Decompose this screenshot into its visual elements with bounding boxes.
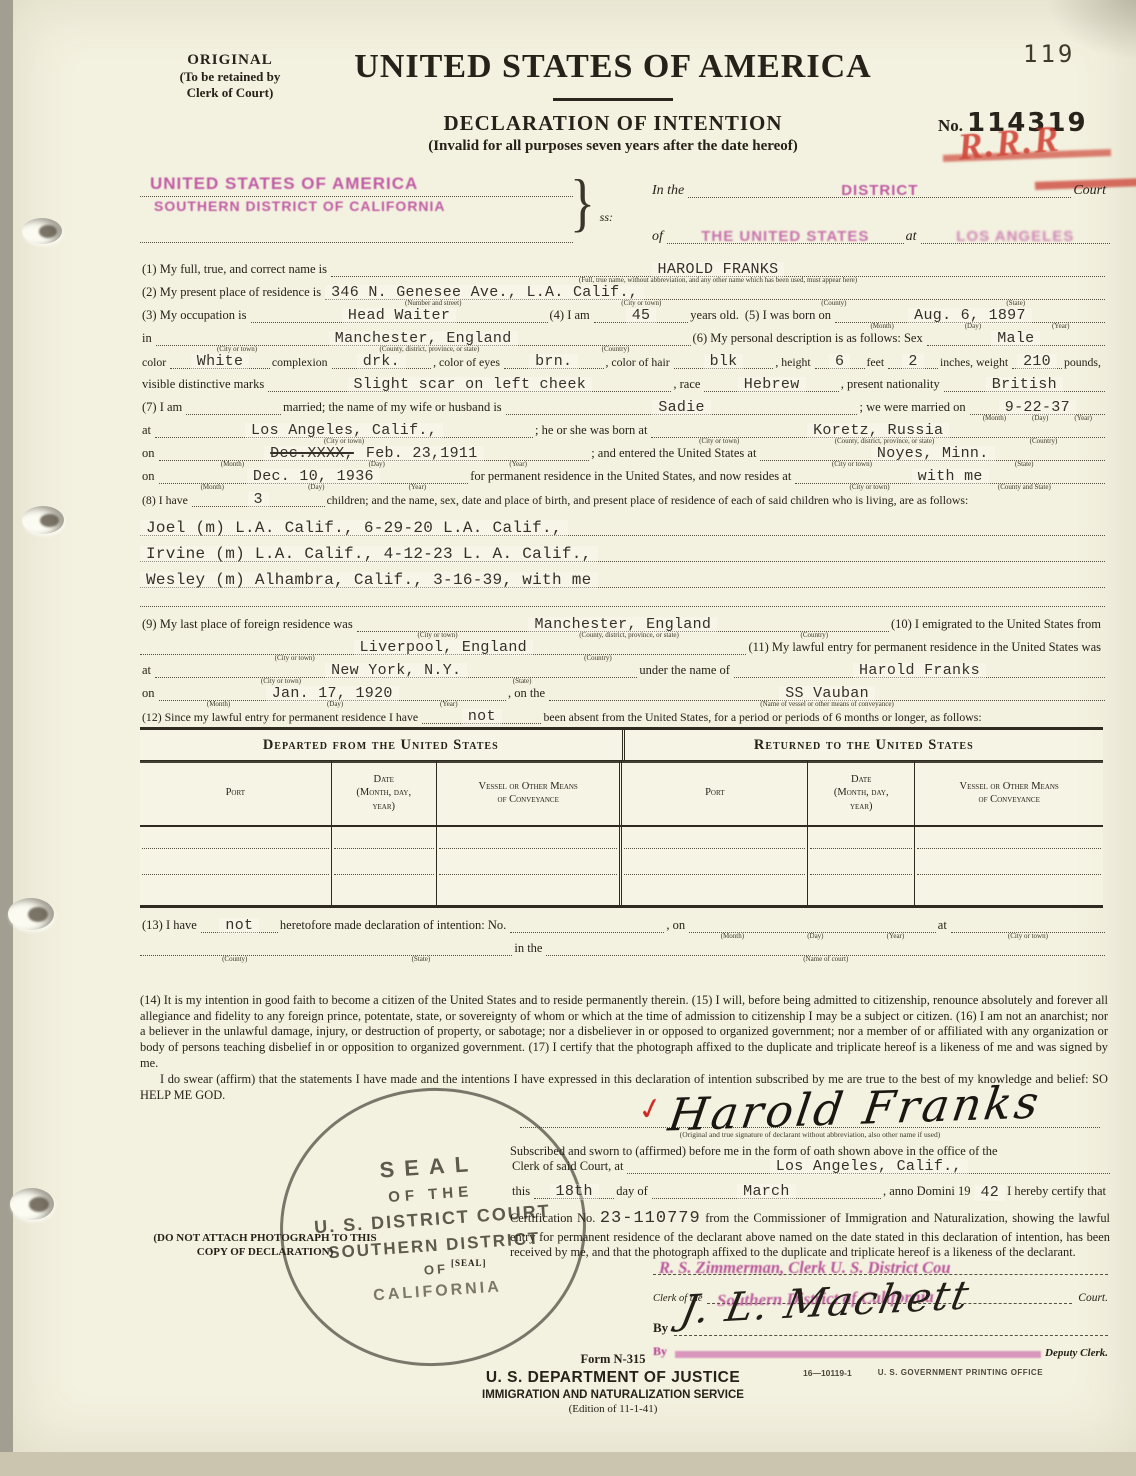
field-11-label: (11) My lawful entry for permanent resid…	[746, 641, 1105, 655]
field-race-value: Hebrew	[738, 377, 806, 393]
court-at-field: LOS ANGELES	[921, 228, 1110, 244]
field-7-entrydate-row: on Dec. 10, 1936 (Month) (Day) (Year) fo…	[140, 469, 1105, 484]
caption-year: (Year)	[887, 933, 905, 940]
field-2-row: (2) My present place of residence is 346…	[140, 285, 1105, 300]
caption-month: (Month)	[721, 933, 744, 940]
caption-day: (Day)	[327, 701, 343, 708]
nationality-label: , present nationality	[839, 378, 944, 392]
form-header: UNITED STATES OF AMERICA DECLARATION OF …	[313, 48, 913, 155]
field-entry-name: Harold Franks	[734, 663, 1105, 678]
caption-day: (Day)	[1032, 415, 1048, 422]
child-3-value: Wesley (m) Alhambra, Calif., 3-16-39, wi…	[140, 572, 598, 589]
caption-year: (Year)	[1052, 323, 1070, 330]
child-1-field: Joel (m) L.A. Calif., 6-29-20 L.A. Calif…	[140, 520, 1105, 536]
caption-county: (County)	[821, 300, 846, 307]
field-occupation-value: Head Waiter	[342, 308, 456, 324]
field-birthdate: Aug. 6, 1897 (Month) (Day) (Year)	[835, 308, 1105, 323]
field-12b-label: been absent from the United States, for …	[541, 711, 985, 724]
field-3-4-5-row: (3) My occupation is Head Waiter (4) I a…	[140, 308, 1105, 323]
blank-rule	[140, 606, 1105, 607]
field-13-city-blank: (City or town)	[951, 932, 1105, 933]
height-label: , height	[773, 356, 814, 369]
caption-country: (Country)	[584, 655, 612, 662]
table-cell	[619, 853, 807, 879]
field-name: HAROLD FRANKS (Full, true name, without …	[331, 262, 1105, 277]
blank-rule-row	[140, 593, 1105, 607]
field-weight: 210	[1012, 354, 1062, 369]
caption-city-town: (City or town)	[832, 461, 872, 468]
field-12-row: (12) Since my lawful entry for permanent…	[140, 709, 1105, 724]
field-8b-label: children; and the name, sex, date and pl…	[325, 494, 973, 507]
field-marks: Slight scar on left cheek	[268, 377, 671, 392]
on-label-3: on	[140, 687, 159, 701]
field-entry-date: Jan. 17, 1920 (Month) (Day) (Year)	[159, 686, 506, 701]
venue-rule-2	[140, 242, 573, 243]
field-6-label: (6) My personal description is as follow…	[691, 332, 927, 346]
child-row-1: Joel (m) L.A. Calif., 6-29-20 L.A. Calif…	[140, 515, 1105, 536]
table-cell	[331, 827, 436, 853]
punch-hole	[10, 1188, 54, 1220]
caption-county: (County)	[222, 956, 247, 963]
col-port-departed: Port	[140, 761, 331, 825]
col-port-returned: Port	[619, 761, 807, 825]
title-divider	[553, 98, 673, 101]
field-8-row: (8) I have 3 children; and the name, sex…	[140, 492, 1105, 507]
caption-year: (Year)	[1074, 415, 1092, 422]
field-eyes-value: brn.	[529, 354, 578, 370]
anno-domini-label: , anno Domini 19	[881, 1185, 975, 1199]
venue-stamps: UNITED STATES OF AMERICA SOUTHERN DISTRI…	[140, 176, 595, 248]
original-label: ORIGINAL	[140, 52, 320, 69]
field-sex: Male	[927, 331, 1105, 346]
caption-county-district: (County, district, province, or state)	[380, 346, 480, 353]
field-eyes: brn.	[504, 354, 604, 369]
caption-state: (State)	[513, 678, 532, 685]
race-label: , race	[671, 378, 704, 392]
field-8-label: (8) I have	[140, 494, 192, 507]
field-marks-row: visible distinctive marks Slight scar on…	[140, 377, 1105, 392]
field-1-row: (1) My full, true, and correct name is H…	[140, 262, 1105, 277]
field-13-not-value: not	[219, 918, 259, 934]
field-7-place-row: at Los Angeles, Calif., (City or town) ;…	[140, 423, 1105, 438]
field-nationality-value: British	[986, 377, 1063, 393]
stamp-los-angeles: LOS ANGELES	[956, 228, 1074, 245]
child-1-value: Joel (m) L.A. Calif., 6-29-20 L.A. Calif…	[140, 520, 568, 537]
field-13-block: (13) I have not heretofore made declarat…	[140, 918, 1105, 964]
field-9-label: (9) My last place of foreign residence w…	[140, 618, 357, 632]
red-check-icon: ✓	[635, 1090, 667, 1129]
field-marriage-date: 9-22-37 (Month) (Day) (Year)	[970, 400, 1105, 415]
field-7b-label: married; the name of my wife or husband …	[281, 401, 506, 415]
stamp-district: DISTRICT	[841, 182, 918, 199]
field-color-value: White	[191, 354, 250, 370]
paragraph-14-17: (14) It is my intention in good faith to…	[140, 993, 1108, 1071]
field-residence: 346 N. Genesee Ave., L.A. Calif., (Numbe…	[325, 285, 1105, 300]
table-body	[140, 825, 1103, 905]
table-cell	[619, 879, 807, 905]
venue-court-lines: In the DISTRICT Court of THE UNITED STAT…	[595, 176, 1110, 268]
brace-glyph: }	[570, 172, 595, 237]
venue-section: UNITED STATES OF AMERICA SOUTHERN DISTRI…	[140, 176, 1110, 268]
punch-hole	[22, 218, 62, 244]
original-note-1: (To be retained by	[140, 69, 320, 85]
certification-number: 23-110779	[600, 1209, 701, 1228]
table-cell	[436, 853, 620, 879]
sworn-date-row: this 18th day of March , anno Domini 19 …	[510, 1184, 1110, 1199]
field-age-value: 45	[626, 308, 657, 324]
footer-print-block: 16—10119-1 U. S. GOVERNMENT PRINTING OFF…	[803, 1368, 1043, 1378]
field-emigrated-from-value: Liverpool, England	[354, 640, 533, 656]
caption-city-town: (City or town)	[275, 655, 315, 662]
document-page: ORIGINAL (To be retained by Clerk of Cou…	[13, 0, 1136, 1452]
field-13b-label: heretofore made declaration of intention…	[278, 919, 510, 933]
field-13-not: not	[201, 918, 278, 933]
signature-line: ✓ Harold Franks	[520, 1083, 1100, 1128]
no-photo-line-1: (DO NOT ATTACH PHOTOGRAPH TO THIS	[140, 1232, 390, 1246]
caption-day: (Day)	[965, 323, 981, 330]
stamp-southern-district: SOUTHERN DISTRICT OF CALIFORNIA	[154, 198, 446, 214]
caption-city-town: (City or town)	[418, 632, 458, 639]
field-13-label: (13) I have	[140, 919, 201, 933]
sworn-month-field: March	[652, 1184, 881, 1199]
field-birthplace-row: in Manchester, England (City or town) (C…	[140, 331, 1105, 346]
field-13-number-blank	[510, 932, 664, 933]
field-spouse-entry-date: Dec. 10, 1936 (Month) (Day) (Year)	[159, 469, 469, 484]
court-of-field: THE UNITED STATES	[667, 228, 904, 244]
caption-county-district: (County, district, province, or state)	[579, 632, 679, 639]
gpo-label: U. S. GOVERNMENT PRINTING OFFICE	[878, 1368, 1043, 1378]
col-date-returned: Date(Month, day,year)	[807, 761, 914, 825]
field-weight-value: 210	[1017, 354, 1057, 370]
caption-vessel: (Name of vessel or other means of convey…	[760, 701, 894, 708]
table-cell	[914, 879, 1103, 905]
hair-label: , color of hair	[604, 356, 674, 369]
table-cell	[807, 827, 914, 853]
sworn-day-field: 18th	[534, 1184, 614, 1199]
field-10-label: (10) I emigrated to the United States fr…	[889, 618, 1105, 632]
field-marital-blank	[186, 414, 281, 415]
stamp-the-united-states: THE UNITED STATES	[701, 228, 869, 245]
field-entry-name-value: Harold Franks	[853, 663, 986, 679]
on-label-2: on	[140, 470, 159, 484]
field-struck-text: Dec.XXXX,	[264, 446, 360, 462]
scan-edge-left	[0, 0, 14, 1476]
seal-line-1: SEAL	[379, 1150, 479, 1183]
caption-full-name: (Full, true name, without abbreviation, …	[579, 277, 857, 284]
table-section-headers: Departed from the United States Returned…	[140, 730, 1103, 761]
clerk-at-label: Clerk of said Court, at	[510, 1160, 627, 1174]
field-sex-value: Male	[991, 331, 1040, 347]
field-7-row: (7) I am married; the name of my wife or…	[140, 400, 1105, 415]
table-cell	[914, 827, 1103, 853]
child-2-value: Irvine (m) L.A. Calif., 4-12-23 L. A. Ca…	[140, 546, 598, 563]
caption-name-court: (Name of court)	[803, 956, 848, 963]
field-13-county-blank: (County) (State)	[140, 955, 512, 956]
field-nationality: British	[944, 377, 1105, 392]
field-13-court-blank: (Name of court)	[546, 955, 1105, 956]
clerk-block: R. S. Zimmerman, Clerk U. S. District Co…	[653, 1252, 1108, 1359]
sworn-year-field: 42	[974, 1185, 1005, 1199]
color-label: color	[140, 356, 170, 369]
field-13d-label: at	[936, 919, 951, 933]
field-description-row: color White complexion drk. , color of e…	[140, 354, 1105, 369]
field-spouse: Sadie	[506, 400, 858, 415]
table-cell	[140, 879, 331, 905]
field-marks-value: Slight scar on left cheek	[348, 377, 593, 393]
departed-header: Departed from the United States	[140, 730, 622, 760]
this-label: this	[510, 1185, 534, 1199]
field-4b-label: years old.	[688, 309, 743, 323]
certify-label: I hereby certify that	[1005, 1185, 1110, 1199]
form-subtitle: DECLARATION OF INTENTION	[313, 111, 913, 136]
caption-state: (State)	[1006, 300, 1025, 307]
absence-table: Departed from the United States Returned…	[140, 727, 1103, 908]
seal-line-6: CALIFORNIA	[373, 1278, 503, 1305]
seal-line-5: OF	[423, 1261, 448, 1278]
caption-city-town: (City or town)	[261, 678, 301, 685]
caption-city-town: (City or town)	[699, 438, 739, 445]
day-of-label: day of	[614, 1185, 652, 1199]
red-initials-handwriting: R.R.R	[956, 118, 1062, 170]
field-4-label: (4) I am	[548, 309, 594, 323]
caption-day: (Day)	[369, 461, 385, 468]
field-3-label: (3) My occupation is	[140, 309, 251, 323]
child-2-field: Irvine (m) L.A. Calif., 4-12-23 L. A. Ca…	[140, 546, 1105, 562]
court-label: Court	[1071, 183, 1110, 198]
field-spouse-entry-port-value: Noyes, Minn.	[871, 446, 995, 462]
sworn-month-value: March	[737, 1184, 796, 1200]
sworn-place-row: Clerk of said Court, at Los Angeles, Cal…	[510, 1159, 1110, 1174]
original-block: ORIGINAL (To be retained by Clerk of Cou…	[140, 52, 320, 100]
original-note-2: Clerk of Court)	[140, 85, 320, 101]
child-row-3: Wesley (m) Alhambra, Calif., 3-16-39, wi…	[140, 567, 1105, 588]
caption-city-town: (City or town)	[621, 300, 661, 307]
table-cell	[807, 879, 914, 905]
col-date-departed: Date(Month, day,year)	[331, 761, 436, 825]
field-residence-value: 346 N. Genesee Ave., L.A. Calif.,	[325, 285, 644, 301]
field-absent: not	[422, 709, 541, 724]
field-marriage-place: Los Angeles, Calif., (City or town)	[155, 423, 533, 438]
field-spouse-birthdate: Dec.XXXX, Feb. 23,1911 (Month) (Day) (Ye…	[159, 446, 590, 461]
returned-header: Returned to the United States	[622, 730, 1104, 760]
inches-weight-label: inches, weight	[938, 356, 1012, 369]
caption-county-state: (County and State)	[998, 484, 1051, 491]
caption-country: (Country)	[801, 632, 829, 639]
table-cell	[331, 853, 436, 879]
stamp-united-states: UNITED STATES OF AMERICA	[150, 174, 418, 194]
punch-hole	[8, 898, 54, 930]
caption-year: (Year)	[440, 701, 458, 708]
field-2-label: (2) My present place of residence is	[140, 286, 325, 300]
field-race: Hebrew	[704, 377, 838, 392]
table-cell	[140, 827, 331, 853]
validity-note: (Invalid for all purposes seven years af…	[313, 138, 913, 155]
caption-month: (Month)	[201, 484, 224, 491]
field-foreign-residence: Manchester, England (City or town) (Coun…	[357, 617, 889, 632]
field-hair-value: blk	[704, 354, 744, 370]
child-3-field: Wesley (m) Alhambra, Calif., 3-16-39, wi…	[140, 572, 1105, 588]
field-inches-value: 2	[902, 354, 923, 370]
field-5-label: (5) I was born on	[743, 309, 835, 323]
field-spouse-birthplace: Koretz, Russia (City or town) (County, d…	[651, 423, 1105, 438]
field-entry-port-value: New York, N.Y.	[325, 663, 467, 679]
table-cell	[436, 879, 620, 905]
caption-month: (Month)	[870, 323, 893, 330]
court-period-label: Court.	[1072, 1292, 1108, 1304]
child-row-2: Irvine (m) L.A. Calif., 4-12-23 L. A. Ca…	[140, 541, 1105, 562]
pounds-label: pounds,	[1062, 356, 1105, 369]
caption-country: (Country)	[1030, 438, 1058, 445]
table-cell	[436, 827, 620, 853]
eyes-label: , color of eyes	[431, 356, 504, 369]
form-number: Form N-315	[453, 1352, 773, 1367]
field-11b-label: under the name of	[637, 664, 734, 678]
table-cell	[331, 879, 436, 905]
caption-state: (State)	[412, 956, 431, 963]
col-vessel-returned: Vessel or Other Meansof Conveyance	[914, 761, 1103, 825]
sworn-place-field: Los Angeles, Calif.,	[627, 1159, 1110, 1174]
field-11-port-row: at New York, N.Y. (City or town) (State)…	[140, 663, 1105, 678]
caption-country: (Country)	[602, 346, 630, 353]
field-7c-label: ; we were married on	[857, 401, 969, 415]
field-children-count-value: 3	[248, 492, 269, 508]
field-7-label: (7) I am	[140, 401, 186, 415]
field-13c-label: , on	[664, 919, 689, 933]
marks-label: visible distinctive marks	[140, 378, 268, 392]
at-label: at	[140, 424, 155, 438]
field-10-row: Liverpool, England (City or town) (Count…	[140, 640, 1105, 655]
field-absent-value: not	[462, 709, 502, 725]
field-children-count: 3	[192, 492, 325, 507]
field-emigrated-from: Liverpool, England (City or town) (Count…	[140, 640, 746, 655]
caption-day: (Day)	[807, 933, 823, 940]
sworn-place-value: Los Angeles, Calif.,	[770, 1159, 968, 1175]
field-13e-label: in the	[512, 942, 546, 956]
table-column-headers: Port Date(Month, day,year) Vessel or Oth…	[140, 761, 1103, 825]
field-occupation: Head Waiter	[251, 308, 548, 323]
field-13-row-1: (13) I have not heretofore made declarat…	[140, 918, 1105, 933]
table-cell	[807, 853, 914, 879]
field-spouse-resides: with me (City or town) (County and State…	[795, 469, 1105, 484]
sworn-text: Subscribed and sworn to (affirmed) befor…	[510, 1143, 1110, 1159]
field-complexion-value: drk.	[357, 354, 406, 370]
in-label: in	[140, 332, 156, 346]
feet-label: feet	[865, 356, 889, 369]
page-title: UNITED STATES OF AMERICA	[313, 48, 913, 86]
form-fields: (1) My full, true, and correct name is H…	[140, 262, 1105, 732]
field-complexion: drk.	[332, 354, 432, 369]
field-hair: blk	[674, 354, 774, 369]
at-label: at	[904, 229, 921, 244]
field-7d-label: ; he or she was born at	[533, 424, 651, 438]
field-vessel: SS Vauban (Name of vessel or other means…	[549, 686, 1105, 701]
field-7f-label: for permanent residence in the United St…	[468, 470, 795, 484]
field-entry-port: New York, N.Y. (City or town) (State)	[155, 663, 637, 678]
field-7e-label: ; and entered the United States at	[589, 447, 760, 461]
ss-label: ss:	[600, 210, 613, 225]
page-number-stamp: 119	[1023, 40, 1075, 68]
signature-section: ✓ Harold Franks (Original and true signa…	[510, 1083, 1110, 1260]
venue-rule-1	[140, 196, 573, 197]
court-name-field: DISTRICT	[688, 182, 1071, 198]
field-13-row-2: (County) (State) in the (Name of court)	[140, 941, 1105, 956]
table-cell	[140, 853, 331, 879]
certification-no-label: Certification No.	[510, 1211, 595, 1225]
at-label-2: at	[140, 664, 155, 678]
caption-number-street: (Number and street)	[405, 300, 461, 307]
edition-note: (Edition of 11-1-41)	[453, 1403, 773, 1415]
caption-city-town: (City or town)	[217, 346, 257, 353]
field-birthplace: Manchester, England (City or town) (Coun…	[156, 331, 691, 346]
caption-year: (Year)	[409, 484, 427, 491]
field-12-label: (12) Since my lawful entry for permanent…	[140, 711, 422, 724]
caption-day: (Day)	[308, 484, 324, 491]
service-name: IMMIGRATION AND NATURALIZATION SERVICE	[453, 1389, 773, 1401]
complexion-label: complexion	[270, 356, 332, 369]
caption-city-town: (City or town)	[1008, 933, 1048, 940]
seal-line-2: OF THE	[388, 1183, 474, 1206]
field-spouse-resides-value: with me	[912, 469, 989, 485]
of-label: of	[650, 229, 667, 244]
deputy-clerk-label: Deputy Clerk.	[1045, 1347, 1108, 1359]
print-code: 16—10119-1	[803, 1368, 852, 1378]
field-spouse-value: Sadie	[652, 400, 711, 416]
field-feet-value: 6	[829, 354, 850, 370]
by-label: By	[653, 1320, 674, 1336]
clerk-name-stamp: R. S. Zimmerman, Clerk U. S. District Co…	[659, 1258, 951, 1278]
on-label: on	[140, 447, 159, 461]
field-11-date-row: on Jan. 17, 1920 (Month) (Day) (Year) , …	[140, 686, 1105, 701]
footer-agency-block: Form N-315 U. S. DEPARTMENT OF JUSTICE I…	[453, 1352, 773, 1415]
field-13-date-blank: (Month) (Day) (Year)	[689, 932, 936, 933]
no-photograph-note: (DO NOT ATTACH PHOTOGRAPH TO THIS COPY O…	[140, 1232, 390, 1260]
seal-printed-label: [SEAL]	[451, 1258, 487, 1268]
field-1-label: (1) My full, true, and correct name is	[140, 263, 331, 277]
caption-month: (Month)	[221, 461, 244, 468]
sworn-day-value: 18th	[550, 1184, 599, 1200]
scan-edge-bottom	[0, 1452, 1136, 1476]
punch-hole	[22, 506, 64, 534]
field-age: 45	[594, 308, 689, 323]
table-cell	[619, 827, 807, 853]
field-inches: 2	[888, 354, 938, 369]
clerk-stamp-line: R. S. Zimmerman, Clerk U. S. District Co…	[653, 1252, 1108, 1275]
caption-state: (State)	[1015, 461, 1034, 468]
field-feet: 6	[815, 354, 865, 369]
caption-county-district: (County, district, province, or state)	[835, 438, 935, 445]
field-color: White	[170, 354, 270, 369]
caption-month: (Month)	[207, 701, 230, 708]
caption-month: (Month)	[983, 415, 1006, 422]
sworn-year-value: 42	[974, 1185, 1005, 1201]
field-spouse-entry-port: Noyes, Minn. (City or town) (State)	[760, 446, 1105, 461]
no-photo-line-2: COPY OF DECLARATION)	[140, 1246, 390, 1260]
table-cell	[914, 853, 1103, 879]
caption-city-town: (City or town)	[324, 438, 364, 445]
department-name: U. S. DEPARTMENT OF JUSTICE	[453, 1369, 773, 1387]
in-the-label: In the	[650, 183, 688, 198]
caption-year: (Year)	[509, 461, 527, 468]
field-7-borndate-row: on Dec.XXXX, Feb. 23,1911 (Month) (Day) …	[140, 446, 1105, 461]
caption-city-town: (City or town)	[849, 484, 889, 491]
col-vessel-departed: Vessel or Other Meansof Conveyance	[436, 761, 620, 825]
field-9-row: (9) My last place of foreign residence w…	[140, 617, 1105, 632]
field-11c-label: , on the	[506, 687, 549, 701]
